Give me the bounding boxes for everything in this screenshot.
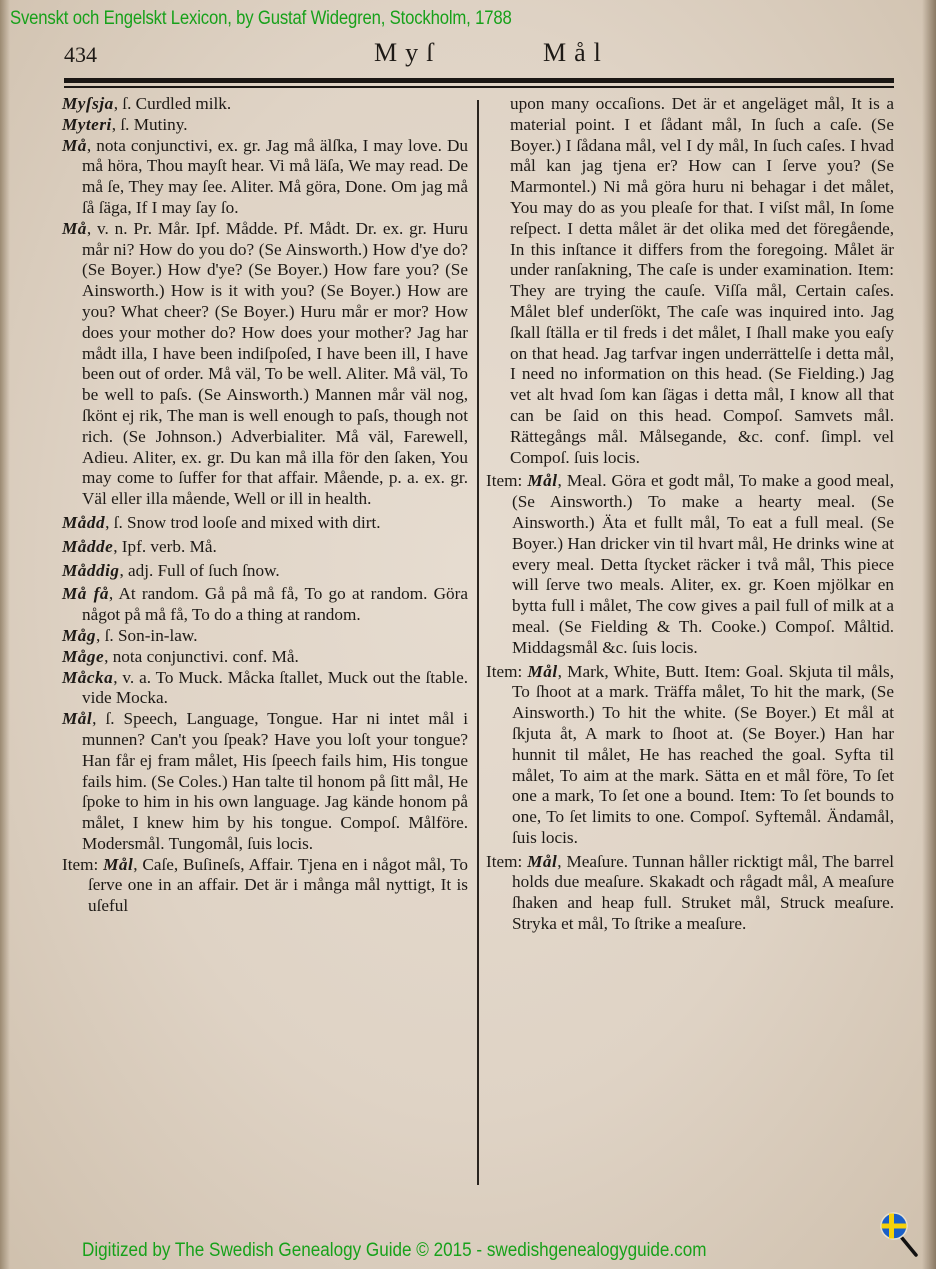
dictionary-entry: Måddig, adj. Full of ſuch ſnow. bbox=[62, 561, 468, 582]
definition: upon many occaſions. Det är et angeläget… bbox=[510, 94, 894, 467]
dictionary-entry: Måge, nota conjunctivi. conf. Må. bbox=[62, 647, 468, 668]
dictionary-entry: Mådd, ſ. Snow trod looſe and mixed with … bbox=[62, 513, 468, 534]
running-head-right: Mål bbox=[543, 38, 609, 68]
definition: , nota conjunctivi, ex. gr. Jag må älſka… bbox=[82, 136, 468, 217]
item-prefix: Item: bbox=[486, 471, 522, 490]
headword: Må få bbox=[62, 584, 109, 603]
column-divider bbox=[477, 100, 479, 1185]
definition: , adj. Full of ſuch ſnow. bbox=[119, 561, 279, 580]
dictionary-entry: Mål, ſ. Speech, Language, Tongue. Har ni… bbox=[62, 709, 468, 855]
definition: , v. n. Pr. Mår. Ipf. Mådde. Pf. Mådt. D… bbox=[82, 219, 468, 508]
headword: Måg bbox=[62, 626, 96, 645]
running-head-left: Myſ bbox=[374, 38, 441, 68]
dictionary-entry: Må, v. n. Pr. Mår. Ipf. Mådde. Pf. Mådt.… bbox=[62, 219, 468, 510]
header-rule-thick bbox=[64, 78, 894, 83]
headword: Mådde bbox=[62, 537, 113, 556]
continued-entry: upon many occaſions. Det är et angeläget… bbox=[486, 94, 894, 468]
page-edge-left bbox=[0, 0, 10, 1269]
headword: Mål bbox=[527, 852, 557, 871]
definition: , At random. Gå på må få, To go at rando… bbox=[82, 584, 468, 624]
dictionary-entry: Myſsja, ſ. Curdled milk. bbox=[62, 94, 468, 115]
dictionary-entry: Item: Mål, Meal. Göra et godt mål, To ma… bbox=[486, 471, 894, 658]
definition: , ſ. Mutiny. bbox=[112, 115, 188, 134]
headword: Mål bbox=[103, 855, 133, 874]
item-prefix: Item: bbox=[486, 662, 522, 681]
definition: , Caſe, Buſineſs, Affair. Tjena en i någ… bbox=[88, 855, 468, 916]
headword: Mål bbox=[527, 471, 557, 490]
page-number: 434 bbox=[64, 42, 97, 68]
definition: , ſ. Speech, Language, Tongue. Har ni in… bbox=[82, 709, 468, 853]
headword: Må bbox=[62, 219, 87, 238]
swedish-flag-magnifier-icon bbox=[880, 1212, 920, 1258]
headword: Måddig bbox=[62, 561, 119, 580]
definition: , ſ. Son-in-law. bbox=[96, 626, 198, 645]
left-column: Myſsja, ſ. Curdled milk. Myteri, ſ. Muti… bbox=[62, 94, 468, 917]
definition: , Ipf. verb. Må. bbox=[113, 537, 217, 556]
dictionary-entry: Myteri, ſ. Mutiny. bbox=[62, 115, 468, 136]
headword: Mål bbox=[62, 709, 92, 728]
dictionary-entry: Item: Mål, Caſe, Buſineſs, Affair. Tjena… bbox=[62, 855, 468, 917]
dictionary-entry: Måcka, v. a. To Muck. Måcka ſtallet, Muc… bbox=[62, 668, 468, 710]
dictionary-entry: Mådde, Ipf. verb. Må. bbox=[62, 537, 468, 558]
definition: , v. a. To Muck. Måcka ſtallet, Muck out… bbox=[82, 668, 468, 708]
definition: , ſ. Curdled milk. bbox=[114, 94, 231, 113]
digitized-by-banner: Digitized by The Swedish Genealogy Guide… bbox=[82, 1240, 706, 1262]
dictionary-entry: Må få, At random. Gå på må få, To go at … bbox=[62, 584, 468, 626]
headword: Myſsja bbox=[62, 94, 114, 113]
dictionary-entry: Må, nota conjunctivi, ex. gr. Jag må älſ… bbox=[62, 136, 468, 219]
headword: Myteri bbox=[62, 115, 112, 134]
header-rule-thin bbox=[64, 86, 894, 88]
page-edge-right bbox=[922, 0, 936, 1269]
right-column: upon many occaſions. Det är et angeläget… bbox=[486, 94, 894, 935]
dictionary-entry: Item: Mål, Mark, White, Butt. Item: Goal… bbox=[486, 662, 894, 849]
definition: , nota conjunctivi. conf. Må. bbox=[104, 647, 299, 666]
book-title-banner: Svenskt och Engelskt Lexicon, by Gustaf … bbox=[10, 8, 512, 30]
headword: Måge bbox=[62, 647, 104, 666]
item-prefix: Item: bbox=[62, 855, 98, 874]
dictionary-entry: Måg, ſ. Son-in-law. bbox=[62, 626, 468, 647]
headword: Mål bbox=[528, 662, 558, 681]
dictionary-entry: Item: Mål, Meaſure. Tunnan håller rickti… bbox=[486, 852, 894, 935]
definition: , Meaſure. Tunnan håller ricktigt mål, T… bbox=[512, 852, 894, 933]
headword: Mådd bbox=[62, 513, 105, 532]
definition: , Mark, White, Butt. Item: Goal. Skjuta … bbox=[512, 662, 894, 847]
item-prefix: Item: bbox=[486, 852, 522, 871]
headword: Må bbox=[62, 136, 87, 155]
headword: Måcka bbox=[62, 668, 113, 687]
definition: , ſ. Snow trod looſe and mixed with dirt… bbox=[105, 513, 380, 532]
definition: , Meal. Göra et godt mål, To make a good… bbox=[512, 471, 894, 656]
